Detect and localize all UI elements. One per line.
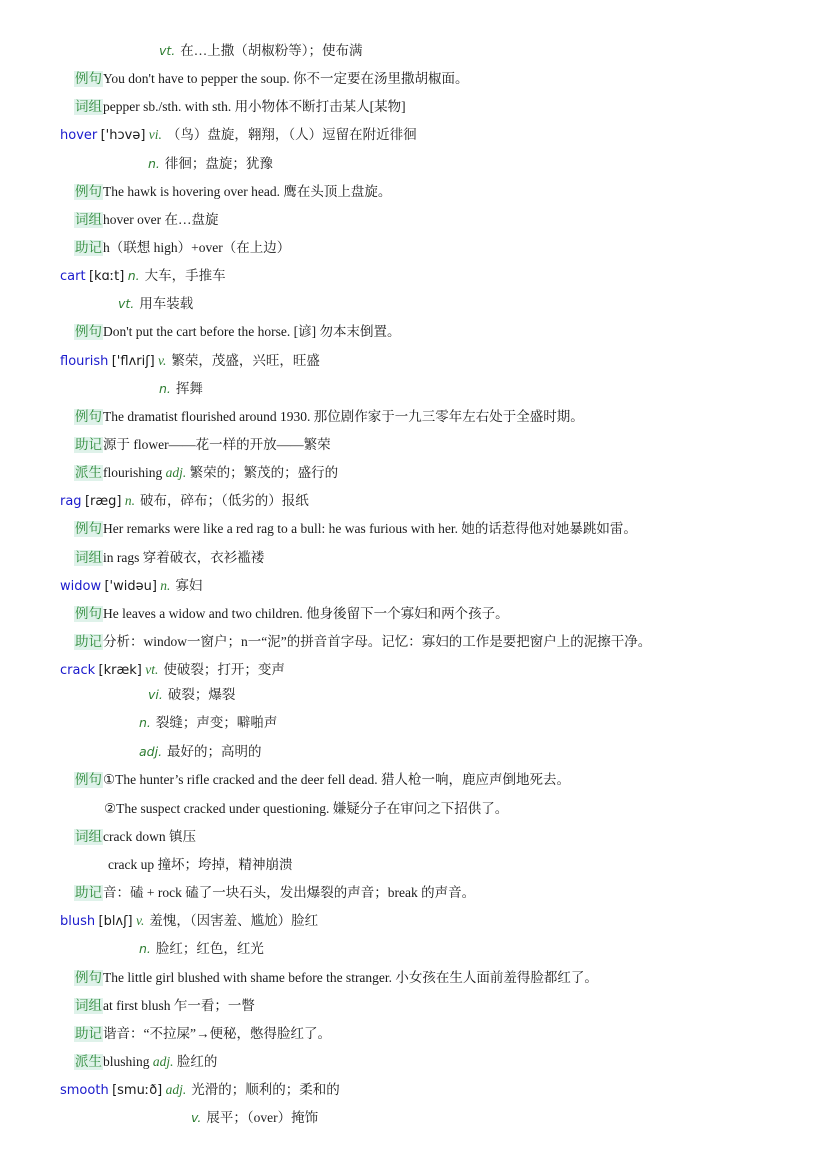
- example-text: ①The hunter’s rifle cracked and the deer…: [103, 772, 570, 787]
- definition-text: 羞愧，（因害羞、尴尬）脸红: [149, 913, 318, 928]
- phonetic: [smuːð]: [112, 1083, 162, 1098]
- definition-line: n.挥舞: [159, 380, 203, 398]
- example-tag: 例句: [74, 970, 103, 986]
- definition-text: 大车，手推车: [145, 268, 226, 283]
- definition-text: 寡妇: [175, 578, 202, 593]
- mnemonic-text: 音：磕 + rock 磕了一块石头，发出爆裂的声音；break 的声音。: [103, 885, 475, 900]
- part-of-speech: n.: [148, 156, 160, 171]
- headword: smooth: [60, 1083, 109, 1098]
- example-tag: 例句: [74, 71, 103, 87]
- definition-line: vt.在…上撒（胡椒粉等）；使布满: [159, 42, 363, 60]
- part-of-speech: vi.: [148, 687, 163, 702]
- part-of-speech: n.: [160, 578, 170, 593]
- part-of-speech: n.: [139, 941, 151, 956]
- phrase-text: crack down 镇压: [103, 829, 196, 844]
- phonetic: [kɑːt]: [89, 269, 124, 284]
- part-of-speech: v.: [158, 353, 166, 368]
- example-line: 例句①The hunter’s rifle cracked and the de…: [74, 771, 570, 789]
- part-of-speech: n.: [125, 493, 135, 508]
- headword: widow: [60, 579, 101, 594]
- part-of-speech: n.: [139, 715, 151, 730]
- example-text: He leaves a widow and two children. 他身後留…: [103, 606, 509, 621]
- derivative-text: 繁荣的；繁茂的；盛行的: [186, 465, 338, 480]
- phrase-tag: 词组: [74, 998, 103, 1014]
- part-of-speech: adj.: [153, 1054, 174, 1069]
- example-tag: 例句: [74, 409, 103, 425]
- example-tag: 例句: [74, 772, 103, 788]
- entry-header-cart: cart [kɑːt] n.大车，手推车: [60, 267, 226, 286]
- definition-text: 光滑的；顺利的；柔和的: [191, 1082, 340, 1097]
- mnemonic-line: 助记分析：window一窗户；n一“泥”的拼音首字母。记忆：寡妇的工作是要把窗户…: [74, 633, 651, 651]
- entry-header-rag: rag [ræg] n.破布，碎布；（低劣的）报纸: [60, 492, 309, 511]
- definition-text: 使破裂；打开；变声: [163, 662, 285, 677]
- phonetic: [kræk]: [99, 663, 142, 678]
- headword: flourish: [60, 354, 108, 369]
- example-text: Don't put the cart before the horse. [谚]…: [103, 324, 400, 339]
- example-text: The hawk is hovering over head. 鹰在头顶上盘旋。: [103, 184, 391, 199]
- example-line: 例句Her remarks were like a red rag to a b…: [74, 520, 637, 538]
- example-text: The little girl blushed with shame befor…: [103, 970, 598, 985]
- definition-text: 脸红；红色，红光: [156, 941, 264, 956]
- phrase-line-2: crack up 撞坏；垮掉，精神崩溃: [108, 856, 292, 874]
- example-line: 例句The little girl blushed with shame bef…: [74, 969, 598, 987]
- mnemonic-tag: 助记: [74, 437, 103, 453]
- mnemonic-text: 谐音：“不拉屎”→便秘，憋得脸红了。: [103, 1026, 331, 1041]
- example-line: 例句He leaves a widow and two children. 他身…: [74, 605, 509, 623]
- example-line: 例句The dramatist flourished around 1930. …: [74, 408, 584, 426]
- example-tag: 例句: [74, 324, 103, 340]
- definition-text: 破裂；爆裂: [168, 687, 236, 702]
- definition-text: 徘徊；盘旋；犹豫: [165, 156, 273, 171]
- mnemonic-text: h（联想 high）+over（在上边）: [103, 240, 290, 255]
- example-text: You don't have to pepper the soup. 你不一定要…: [103, 71, 469, 86]
- mnemonic-line: 助记谐音：“不拉屎”→便秘，憋得脸红了。: [74, 1025, 331, 1043]
- mnemonic-text: 源于 flower——花一样的开放——繁荣: [103, 437, 331, 452]
- mnemonic-line: 助记h（联想 high）+over（在上边）: [74, 239, 290, 257]
- entry-header-smooth: smooth [smuːð] adj.光滑的；顺利的；柔和的: [60, 1081, 340, 1100]
- mnemonic-tag: 助记: [74, 885, 103, 901]
- part-of-speech: v.: [136, 913, 144, 928]
- phrase-tag: 词组: [74, 99, 103, 115]
- phrase-line: 词组crack down 镇压: [74, 828, 196, 846]
- definition-line: n.徘徊；盘旋；犹豫: [148, 155, 273, 173]
- derivative-line: 派生flourishing adj. 繁荣的；繁茂的；盛行的: [74, 464, 338, 482]
- example-line: 例句Don't put the cart before the horse. […: [74, 323, 400, 341]
- phrase-line: 词组at first blush 乍一看；一瞥: [74, 997, 255, 1015]
- phrase-tag: 词组: [74, 829, 103, 845]
- example-line-2: ②The suspect cracked under questioning. …: [104, 800, 508, 818]
- part-of-speech: vt.: [159, 43, 175, 58]
- headword: blush: [60, 914, 95, 929]
- phonetic: [blʌʃ]: [99, 914, 133, 929]
- phrase-text: pepper sb./sth. with sth. 用小物体不断打击某人[某物]: [103, 99, 406, 114]
- phrase-text: in rags 穿着破衣，衣衫褴褛: [103, 550, 264, 565]
- mnemonic-tag: 助记: [74, 1026, 103, 1042]
- derivative-word: blushing: [103, 1054, 153, 1069]
- phrase-tag: 词组: [74, 550, 103, 566]
- example-line: 例句The hawk is hovering over head. 鹰在头顶上盘…: [74, 183, 391, 201]
- mnemonic-line: 助记音：磕 + rock 磕了一块石头，发出爆裂的声音；break 的声音。: [74, 884, 475, 902]
- mnemonic-tag: 助记: [74, 634, 103, 650]
- entry-header-widow: widow ['widəu] n.寡妇: [60, 577, 202, 596]
- phonetic: ['flʌriʃ]: [112, 354, 155, 369]
- phonetic: [ræg]: [85, 494, 122, 509]
- definition-text: 展平；（over）掩饰: [206, 1110, 318, 1125]
- example-text: ②The suspect cracked under questioning. …: [104, 801, 508, 816]
- entry-header-flourish: flourish ['flʌriʃ] v.繁荣，茂盛，兴旺，旺盛: [60, 352, 320, 371]
- definition-text: 用车装载: [139, 296, 193, 311]
- part-of-speech: adj.: [166, 465, 187, 480]
- headword: crack: [60, 663, 95, 678]
- definition-line: vt.用车装载: [118, 295, 193, 313]
- definition-text: 裂缝；声变；噼啪声: [156, 715, 278, 730]
- derivative-text: 脸红的: [174, 1054, 218, 1069]
- definition-line: adj.最好的；高明的: [139, 743, 262, 761]
- definition-line: n.裂缝；声变；噼啪声: [139, 714, 277, 732]
- part-of-speech: adj.: [139, 744, 162, 759]
- headword: cart: [60, 269, 86, 284]
- example-text: The dramatist flourished around 1930. 那位…: [103, 409, 584, 424]
- example-tag: 例句: [74, 184, 103, 200]
- part-of-speech: n.: [159, 381, 171, 396]
- definition-text: 繁荣，茂盛，兴旺，旺盛: [171, 353, 320, 368]
- phonetic: ['hɔvə]: [101, 128, 146, 143]
- entry-header-crack: crack [kræk] vt.使破裂；打开；变声: [60, 661, 285, 680]
- derivative-tag: 派生: [74, 1054, 103, 1070]
- entry-header-hover: hover ['hɔvə] vi.（鸟）盘旋，翱翔，（人）逗留在附近徘徊: [60, 126, 417, 145]
- part-of-speech: vt.: [118, 296, 134, 311]
- definition-text: （鸟）盘旋，翱翔，（人）逗留在附近徘徊: [167, 127, 417, 142]
- phrase-text: crack up 撞坏；垮掉，精神崩溃: [108, 857, 292, 872]
- definition-line: vi.破裂；爆裂: [148, 686, 235, 704]
- mnemonic-tag: 助记: [74, 240, 103, 256]
- definition-line: v.展平；（over）掩饰: [191, 1109, 318, 1127]
- headword: hover: [60, 128, 97, 143]
- part-of-speech: v.: [191, 1110, 201, 1125]
- definition-line: n.脸红；红色，红光: [139, 940, 264, 958]
- derivative-tag: 派生: [74, 465, 103, 481]
- definition-text: 最好的；高明的: [167, 744, 262, 759]
- derivative-word: flourishing: [103, 465, 166, 480]
- part-of-speech: vi.: [149, 127, 162, 142]
- definition-text: 在…上撒（胡椒粉等）；使布满: [180, 43, 362, 58]
- derivative-line: 派生blushing adj. 脸红的: [74, 1053, 217, 1071]
- example-tag: 例句: [74, 521, 103, 537]
- phrase-line: 词组hover over 在…盘旋: [74, 211, 218, 229]
- phrase-text: hover over 在…盘旋: [103, 212, 218, 227]
- part-of-speech: adj.: [166, 1082, 187, 1097]
- example-tag: 例句: [74, 606, 103, 622]
- example-text: Her remarks were like a red rag to a bul…: [103, 521, 637, 536]
- phrase-line: 词组in rags 穿着破衣，衣衫褴褛: [74, 549, 264, 567]
- part-of-speech: n.: [128, 268, 140, 283]
- definition-text: 破布，碎布；（低劣的）报纸: [140, 493, 309, 508]
- part-of-speech: vt.: [145, 662, 158, 677]
- headword: rag: [60, 494, 82, 509]
- mnemonic-line: 助记源于 flower——花一样的开放——繁荣: [74, 436, 331, 454]
- phrase-tag: 词组: [74, 212, 103, 228]
- entry-header-blush: blush [blʌʃ] v.羞愧，（因害羞、尴尬）脸红: [60, 912, 318, 931]
- phrase-line: 词组pepper sb./sth. with sth. 用小物体不断打击某人[某…: [74, 98, 406, 116]
- definition-text: 挥舞: [176, 381, 203, 396]
- phrase-text: at first blush 乍一看；一瞥: [103, 998, 255, 1013]
- example-line: 例句You don't have to pepper the soup. 你不一…: [74, 70, 469, 88]
- mnemonic-text: 分析：window一窗户；n一“泥”的拼音首字母。记忆：寡妇的工作是要把窗户上的…: [103, 634, 651, 649]
- phonetic: ['widəu]: [104, 579, 156, 594]
